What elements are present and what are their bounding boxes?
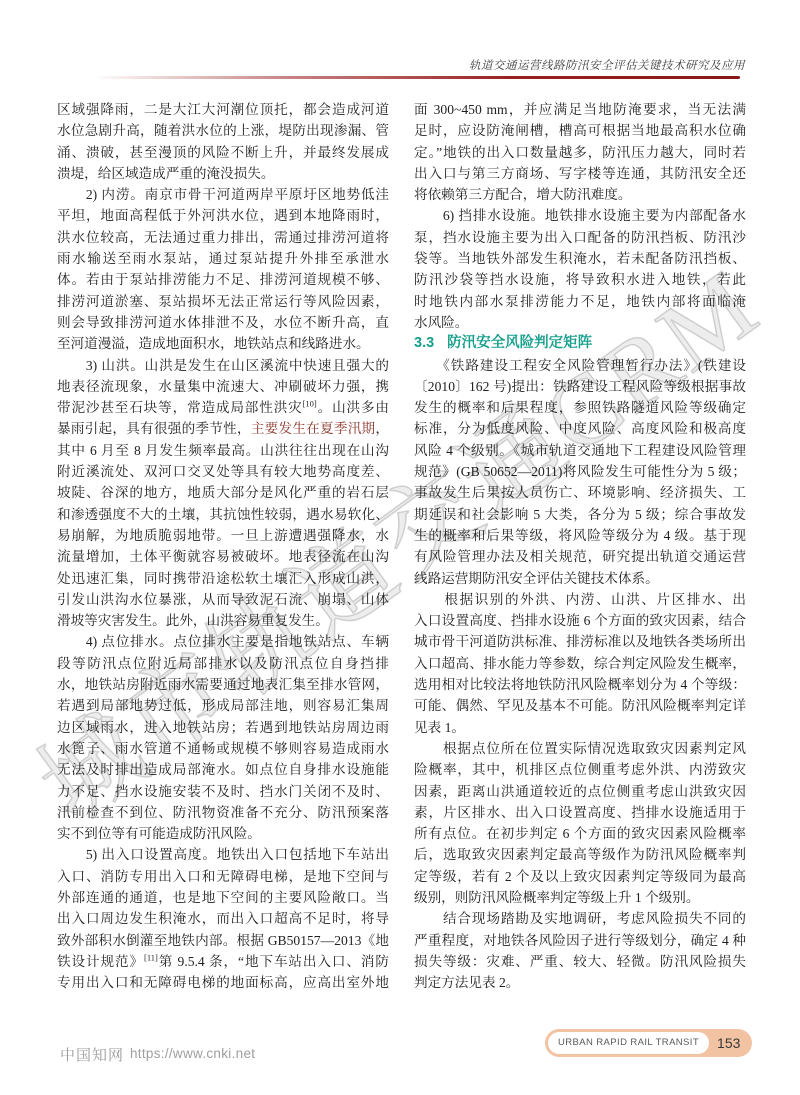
text-line: 外部连通的通道，也是地下空间的主要风险敞口。当 [57,887,389,908]
section-title: 防汛安全风险判定矩阵 [447,335,592,351]
running-title: 轨道交通运营线路防汛安全评估关键技术研究及应用 [469,57,745,73]
journal-name-label: URBAN RAPID RAIL TRANSIT [548,1032,709,1054]
text-line: 处迅速汇集，同时携带沿途松软土壤汇入形成山洪， [57,568,389,589]
text-line: 所有点位。在初步判定 6 个方面的致灾因素风险概率 [414,823,746,844]
text-line: 〔2010〕162 号)提出：铁路建设工程风险等级根据事故 [414,376,746,397]
text-line: 暴雨引起，具有很强的季节性，主要发生在夏季汛期， [57,418,389,439]
cnki-url: https://www.cnki.net [130,1046,255,1061]
text-line: 专用出入口和无障碍电梯的地面标高，应高出室外地 [57,972,389,993]
left-column: 区域强降雨，二是大江大河潮位顶托，都会造成河道水位急剧升高，随着洪水位的上涨，堤… [57,99,389,993]
text-line: 其中 6 月至 8 月发生频率最高。山洪往往出现在山沟 [57,440,389,461]
text-line: 无法及时排出造成局部淹水。如点位自身排水设施能 [57,759,389,780]
text-line: 标准，分为低度风险、中度风险、高度风险和极高度 [414,418,746,439]
text-line: 地表径流现象，水量集中流速大、冲刷破坏力强，携 [57,376,389,397]
page-number: 153 [709,1035,749,1051]
text-line: 严重程度，对地铁各风险因子进行等级划分，确定 4 种 [414,930,746,951]
text-line: 损失等级：灾难、严重、较大、轻微。防汛风险损失 [414,951,746,972]
text-line: 结合现场踏勘及实地调研，考虑风险损失不同的 [414,908,746,929]
text-line: 5) 出入口设置高度。地铁出入口包括地下车站出 [57,844,389,865]
text-line: 坡陡、谷深的地方，地质大部分是风化严重的岩石层 [57,482,389,503]
text-line: 期延误和社会影响 5 大类，各分为 5 级；综合事故发 [414,504,746,525]
text-line: 3) 山洪。山洪是发生在山区溪流中快速且强大的 [57,355,389,376]
text-line: 将依赖第三方配合，增大防汛难度。 [414,184,746,205]
header-rule [92,76,740,79]
text-line: 事故发生后果按人员伤亡、环境影响、经济损失、工 [414,482,746,503]
text-line: 溃堤，给区域造成严重的淹没损失。 [57,163,389,184]
paper-page: 城市轨道交通CRM 轨道交通运营线路防汛安全评估关键技术研究及应用 区域强降雨，… [0,0,800,1095]
text-line: 有风险管理办法及相关规范，研究提出轨道交通运营 [414,546,746,567]
text-line: 雨水输送至雨水泵站，通过泵站提升外排至承泄水 [57,248,389,269]
text-line: 《铁路建设工程安全风险管理暂行办法》(铁建设 [414,355,746,376]
right-column-lines-bottom: 《铁路建设工程安全风险管理暂行办法》(铁建设〔2010〕162 号)提出：铁路建… [414,355,746,994]
text-line: 面 300~450 mm，并应满足当地防淹要求，当无法满 [414,99,746,120]
text-line: 根据点位所在位置实际情况选取致灾因素判定风 [414,738,746,759]
text-line: 规范》(GB 50652—2011)将风险发生可能性分为 5 级； [414,461,746,482]
right-column-lines-top: 面 300~450 mm，并应满足当地防淹要求，当无法满足时，应设防淹闸槽，槽高… [414,99,746,333]
text-line: 因素，距离山洪通道较近的点位侧重考虑山洪致灾因 [414,781,746,802]
text-line: 水，地铁站房附近雨水需要通过地表汇集至排水管网， [57,674,389,695]
right-column: 面 300~450 mm，并应满足当地防淹要求，当无法满足时，应设防淹闸槽，槽高… [414,99,746,993]
text-line: 流量增加，土体平衡就容易被破坏。地表径流在山沟 [57,546,389,567]
text-line: 见表 1。 [414,717,746,738]
text-line: 入口、消防专用出入口和无障碍电梯，是地下空间与 [57,866,389,887]
left-column-lines: 区域强降雨，二是大江大河潮位顶托，都会造成河道水位急剧升高，随着洪水位的上涨，堤… [57,99,389,993]
section-number: 3.3 [414,335,434,351]
text-line: 素，片区排水、出入口设置高度、挡排水设施适用于 [414,802,746,823]
text-line: 水位急剧升高，随着洪水位的上涨，堤防出现渗漏、管 [57,120,389,141]
text-line: 排涝河道淤塞、泵站损坏无法正常运行等风险因素， [57,291,389,312]
text-line: 后，选取致灾因素判定最高等级作为防汛风险概率判 [414,844,746,865]
text-line: 易崩解，为地质脆弱地带。一旦上游遭遇强降水，水 [57,525,389,546]
text-line: 附近溪流处、双河口交叉处等具有较大地势高度差、 [57,461,389,482]
text-line: 发生的概率和后果程度，参照铁路隧道风险等级确定 [414,397,746,418]
text-line: 泵，挡水设施主要为出入口配备的防汛挡板、防汛沙 [414,227,746,248]
text-line: 引发山洪沟水位暴涨，从而导致泥石流、崩塌、山体 [57,589,389,610]
text-line: 险概率，其中，机排区点位侧重考虑外洪、内涝致灾 [414,759,746,780]
text-line: 边区域雨水，进入地铁站房；若遇到地铁站房周边雨 [57,717,389,738]
text-line: 时地铁内部水泵排涝能力不足，地铁内部将面临淹 [414,291,746,312]
text-line: 6) 挡排水设施。地铁排水设施主要为内部配备水 [414,205,746,226]
text-line: 平坦，地面高程低于外河洪水位，遇到本地降雨时， [57,205,389,226]
text-line: 段等防汛点位附近局部排水以及防汛点位自身挡排 [57,653,389,674]
text-line: 铁设计规范》[11]第 9.5.4 条，“地下车站出入口、消防 [57,951,389,972]
text-line: 级别，则防汛风险概率判定等级上升 1 个级别。 [414,887,746,908]
text-line: 带泥沙甚至石块等，常造成局部性洪灾[10]。山洪多由 [57,397,389,418]
text-line: 致外部积水倒灌至地铁内部。根据 GB50157—2013《地 [57,930,389,951]
text-line: 根据识别的外洪、内涝、山洪、片区排水、出 [414,589,746,610]
text-line: 涌、溃破，甚至漫顶的风险不断上升，并最终发展成 [57,142,389,163]
text-line: 袋等。当地铁外部发生积淹水，若未配备防汛挡板、 [414,248,746,269]
text-line: 定等级，若有 2 个及以上致灾因素判定等级同为最高 [414,866,746,887]
text-line: 若遇到局部地势过低，形成局部洼地，则容易汇集周 [57,695,389,716]
text-line: 出入口与第三方商场、写字楼等连通，其防汛安全还 [414,163,746,184]
text-line: 水篦子、雨水管道不通畅或规模不够则容易造成雨水 [57,738,389,759]
text-line: 至河道漫溢，造成地面积水，地铁站点和线路进水。 [57,333,389,354]
section-heading-3-3: 3.3防汛安全风险判定矩阵 [414,333,746,354]
text-line: 判定方法见表 2。 [414,972,746,993]
text-line: 选用相对比较法将地铁防汛风险概率划分为 4 个等级： [414,674,746,695]
text-line: 防汛沙袋等挡水设施，将导致积水进入地铁，若此 [414,269,746,290]
text-line: 生的概率和后果等级，将风险等级分为 4 级。基于现 [414,525,746,546]
text-line: 城市骨干河道防洪标准、排涝标准以及地铁各类场所出 [414,631,746,652]
text-line: 定。”地铁的出入口数量越多，防汛压力越大，同时若 [414,142,746,163]
text-line: 则会导致排涝河道水体排泄不及，水位不断升高，直 [57,312,389,333]
text-line: 入口设置高度、挡排水设施 6 个方面的致灾因素，结合 [414,610,746,631]
text-line: 滑坡等灾害发生。此外，山洪容易重复发生。 [57,610,389,631]
text-line: 出入口周边发生积淹水，而出入口超高不足时，将导 [57,908,389,929]
text-line: 水风险。 [414,312,746,333]
text-line: 4) 点位排水。点位排水主要是指地铁站点、车辆 [57,631,389,652]
text-line: 足时，应设防淹闸槽，槽高可根据当地最高积水位确 [414,120,746,141]
text-line: 线路运营期防汛安全评估关键技术体系。 [414,568,746,589]
text-line: 2) 内涝。南京市骨干河道两岸平原圩区地势低洼 [57,184,389,205]
text-line: 实不到位等有可能造成防汛风险。 [57,823,389,844]
text-line: 入口超高、排水能力等参数，综合判定风险发生概率， [414,653,746,674]
journal-page-badge: URBAN RAPID RAIL TRANSIT 153 [545,1029,752,1057]
text-line: 体。若由于泵站排涝能力不足、排涝河道规模不够、 [57,269,389,290]
text-line: 汛前检查不到位、防汛物资准备不充分、防汛预案落 [57,802,389,823]
text-line: 力不足、挡水设施安装不及时、挡水门关闭不及时、 [57,781,389,802]
text-line: 可能、偶然、罕见及基本不可能。防汛风险概率判定详 [414,695,746,716]
cnki-brand: 中国知网 [60,1044,124,1065]
text-line: 和渗透强度不大的土壤，其抗蚀性较弱，遇水易软化、 [57,504,389,525]
text-line: 区域强降雨，二是大江大河潮位顶托，都会造成河道 [57,99,389,120]
text-line: 风险 4 个级别。《城市轨道交通地下工程建设风险管理 [414,440,746,461]
text-line: 洪水位较高，无法通过重力排出，需通过排涝河道将 [57,227,389,248]
